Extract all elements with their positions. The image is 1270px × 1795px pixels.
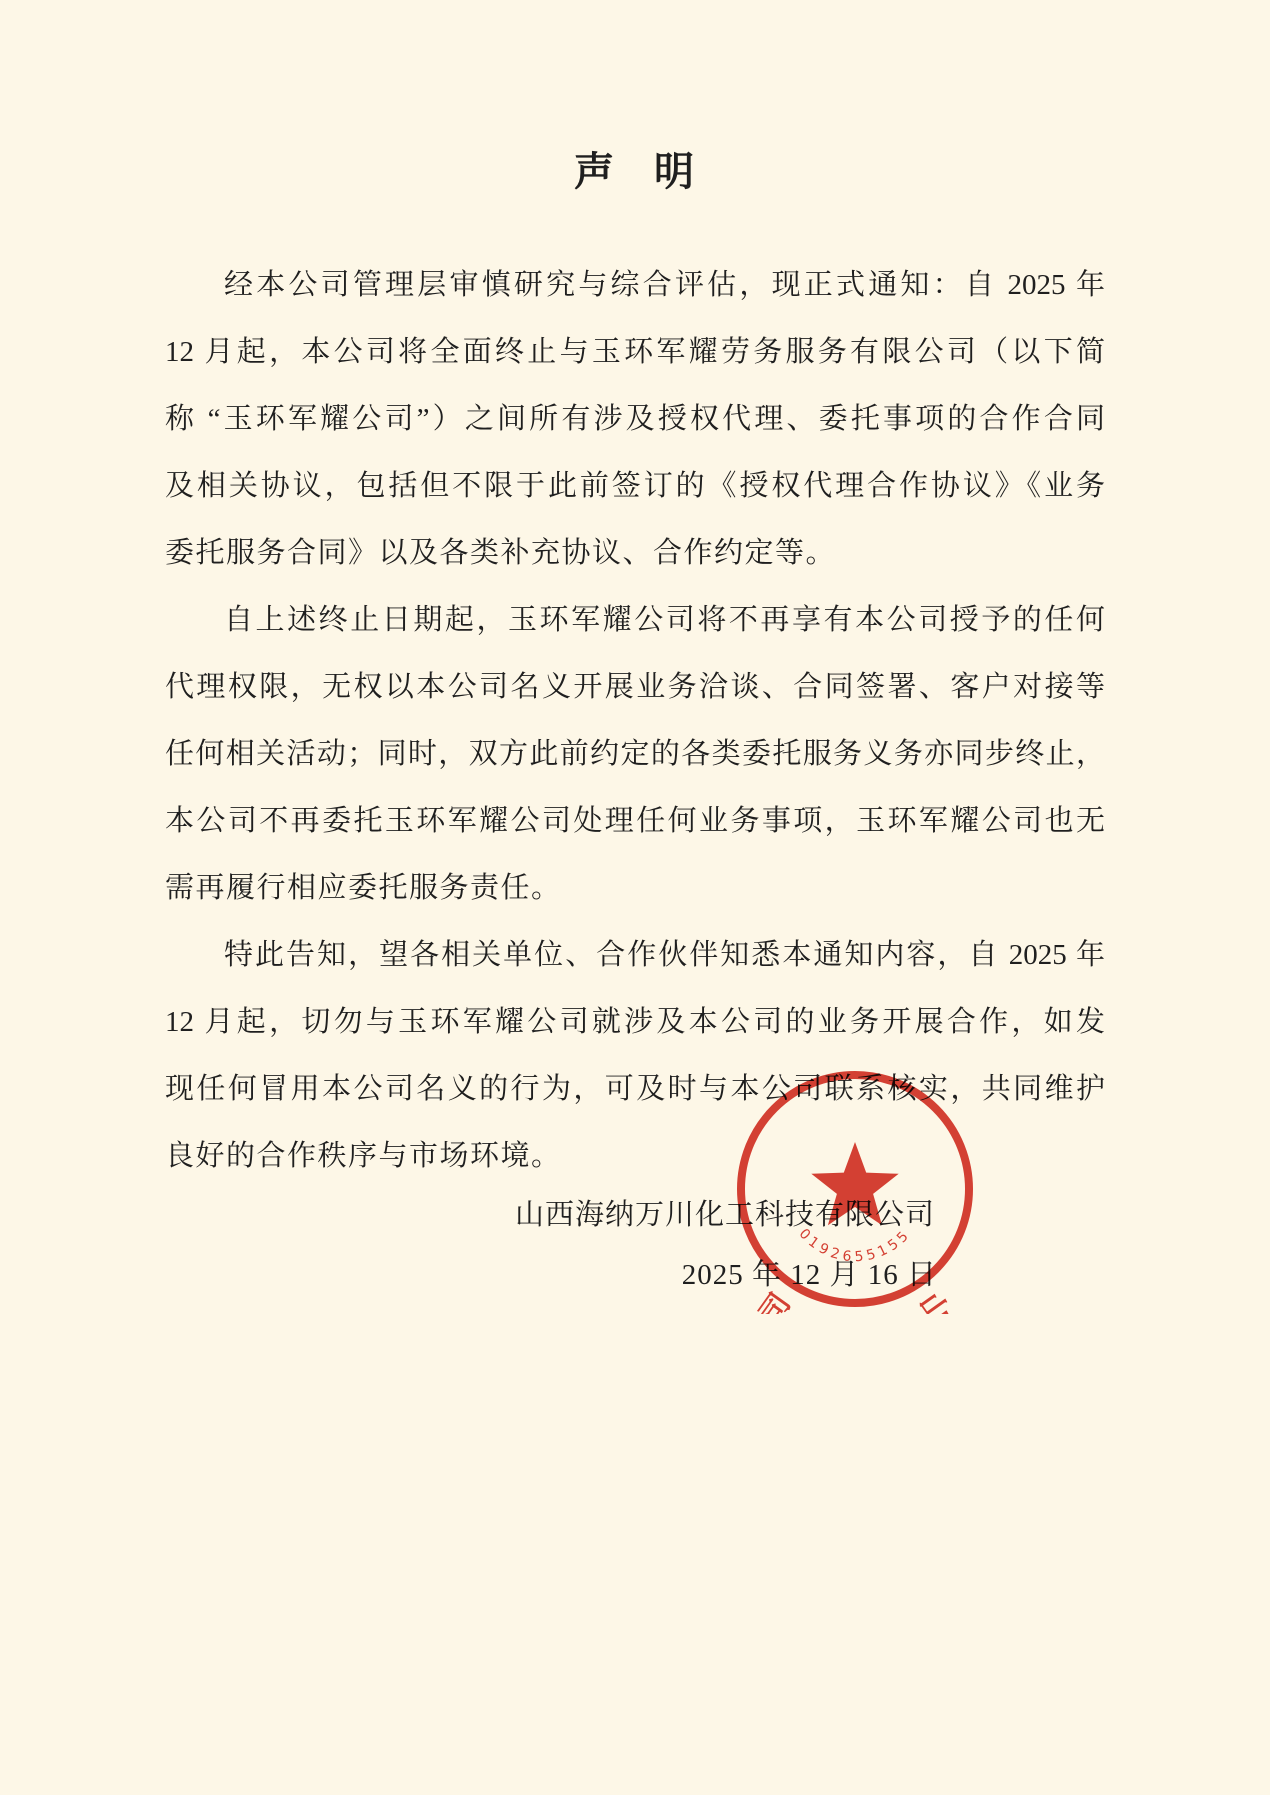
- body-line: 现任何冒用本公司名义的行为，可及时与本公司联系核实，共同维护: [165, 1056, 1105, 1123]
- body-line: 需再履行相应委托服务责任。: [165, 855, 1105, 922]
- declaration-document: 声 明 经本公司管理层审慎研究与综合评估，现正式通知：自 2025 年12 月起…: [0, 0, 1270, 1795]
- body-line: 12 月起，切勿与玉环军耀公司就涉及本公司的业务开展合作，如发: [165, 989, 1105, 1056]
- body-line: 称 “玉环军耀公司”）之间所有涉及授权代理、委托事项的合作合同: [165, 386, 1105, 453]
- body-line: 任何相关活动；同时，双方此前约定的各类委托服务义务亦同步终止，: [165, 721, 1105, 788]
- body-line: 特此告知，望各相关单位、合作伙伴知悉本通知内容，自 2025 年: [165, 922, 1105, 989]
- body-line: 委托服务合同》以及各类补充协议、合作约定等。: [165, 520, 1105, 587]
- body-line: 自上述终止日期起，玉环军耀公司将不再享有本公司授予的任何: [165, 587, 1105, 654]
- body-line: 良好的合作秩序与市场环境。: [165, 1123, 1105, 1190]
- body-line: 经本公司管理层审慎研究与综合评估，现正式通知：自 2025 年: [165, 252, 1105, 319]
- body-line: 本公司不再委托玉环军耀公司处理任何业务事项，玉环军耀公司也无: [165, 788, 1105, 855]
- body-line: 代理权限，无权以本公司名义开展业务洽谈、合同签署、客户对接等: [165, 654, 1105, 721]
- signature-date: 2025 年 12 月 16 日: [682, 1252, 937, 1293]
- page-title: 声 明: [0, 140, 1270, 197]
- body-line: 及相关协议，包括但不限于此前签订的《授权代理合作协议》《业务: [165, 453, 1105, 520]
- body-line: 12 月起，本公司将全面终止与玉环军耀劳务服务有限公司（以下简: [165, 319, 1105, 386]
- signature-company: 山西海纳万川化工科技有限公司: [515, 1192, 935, 1233]
- document-body: 经本公司管理层审慎研究与综合评估，现正式通知：自 2025 年12 月起，本公司…: [165, 252, 1105, 1190]
